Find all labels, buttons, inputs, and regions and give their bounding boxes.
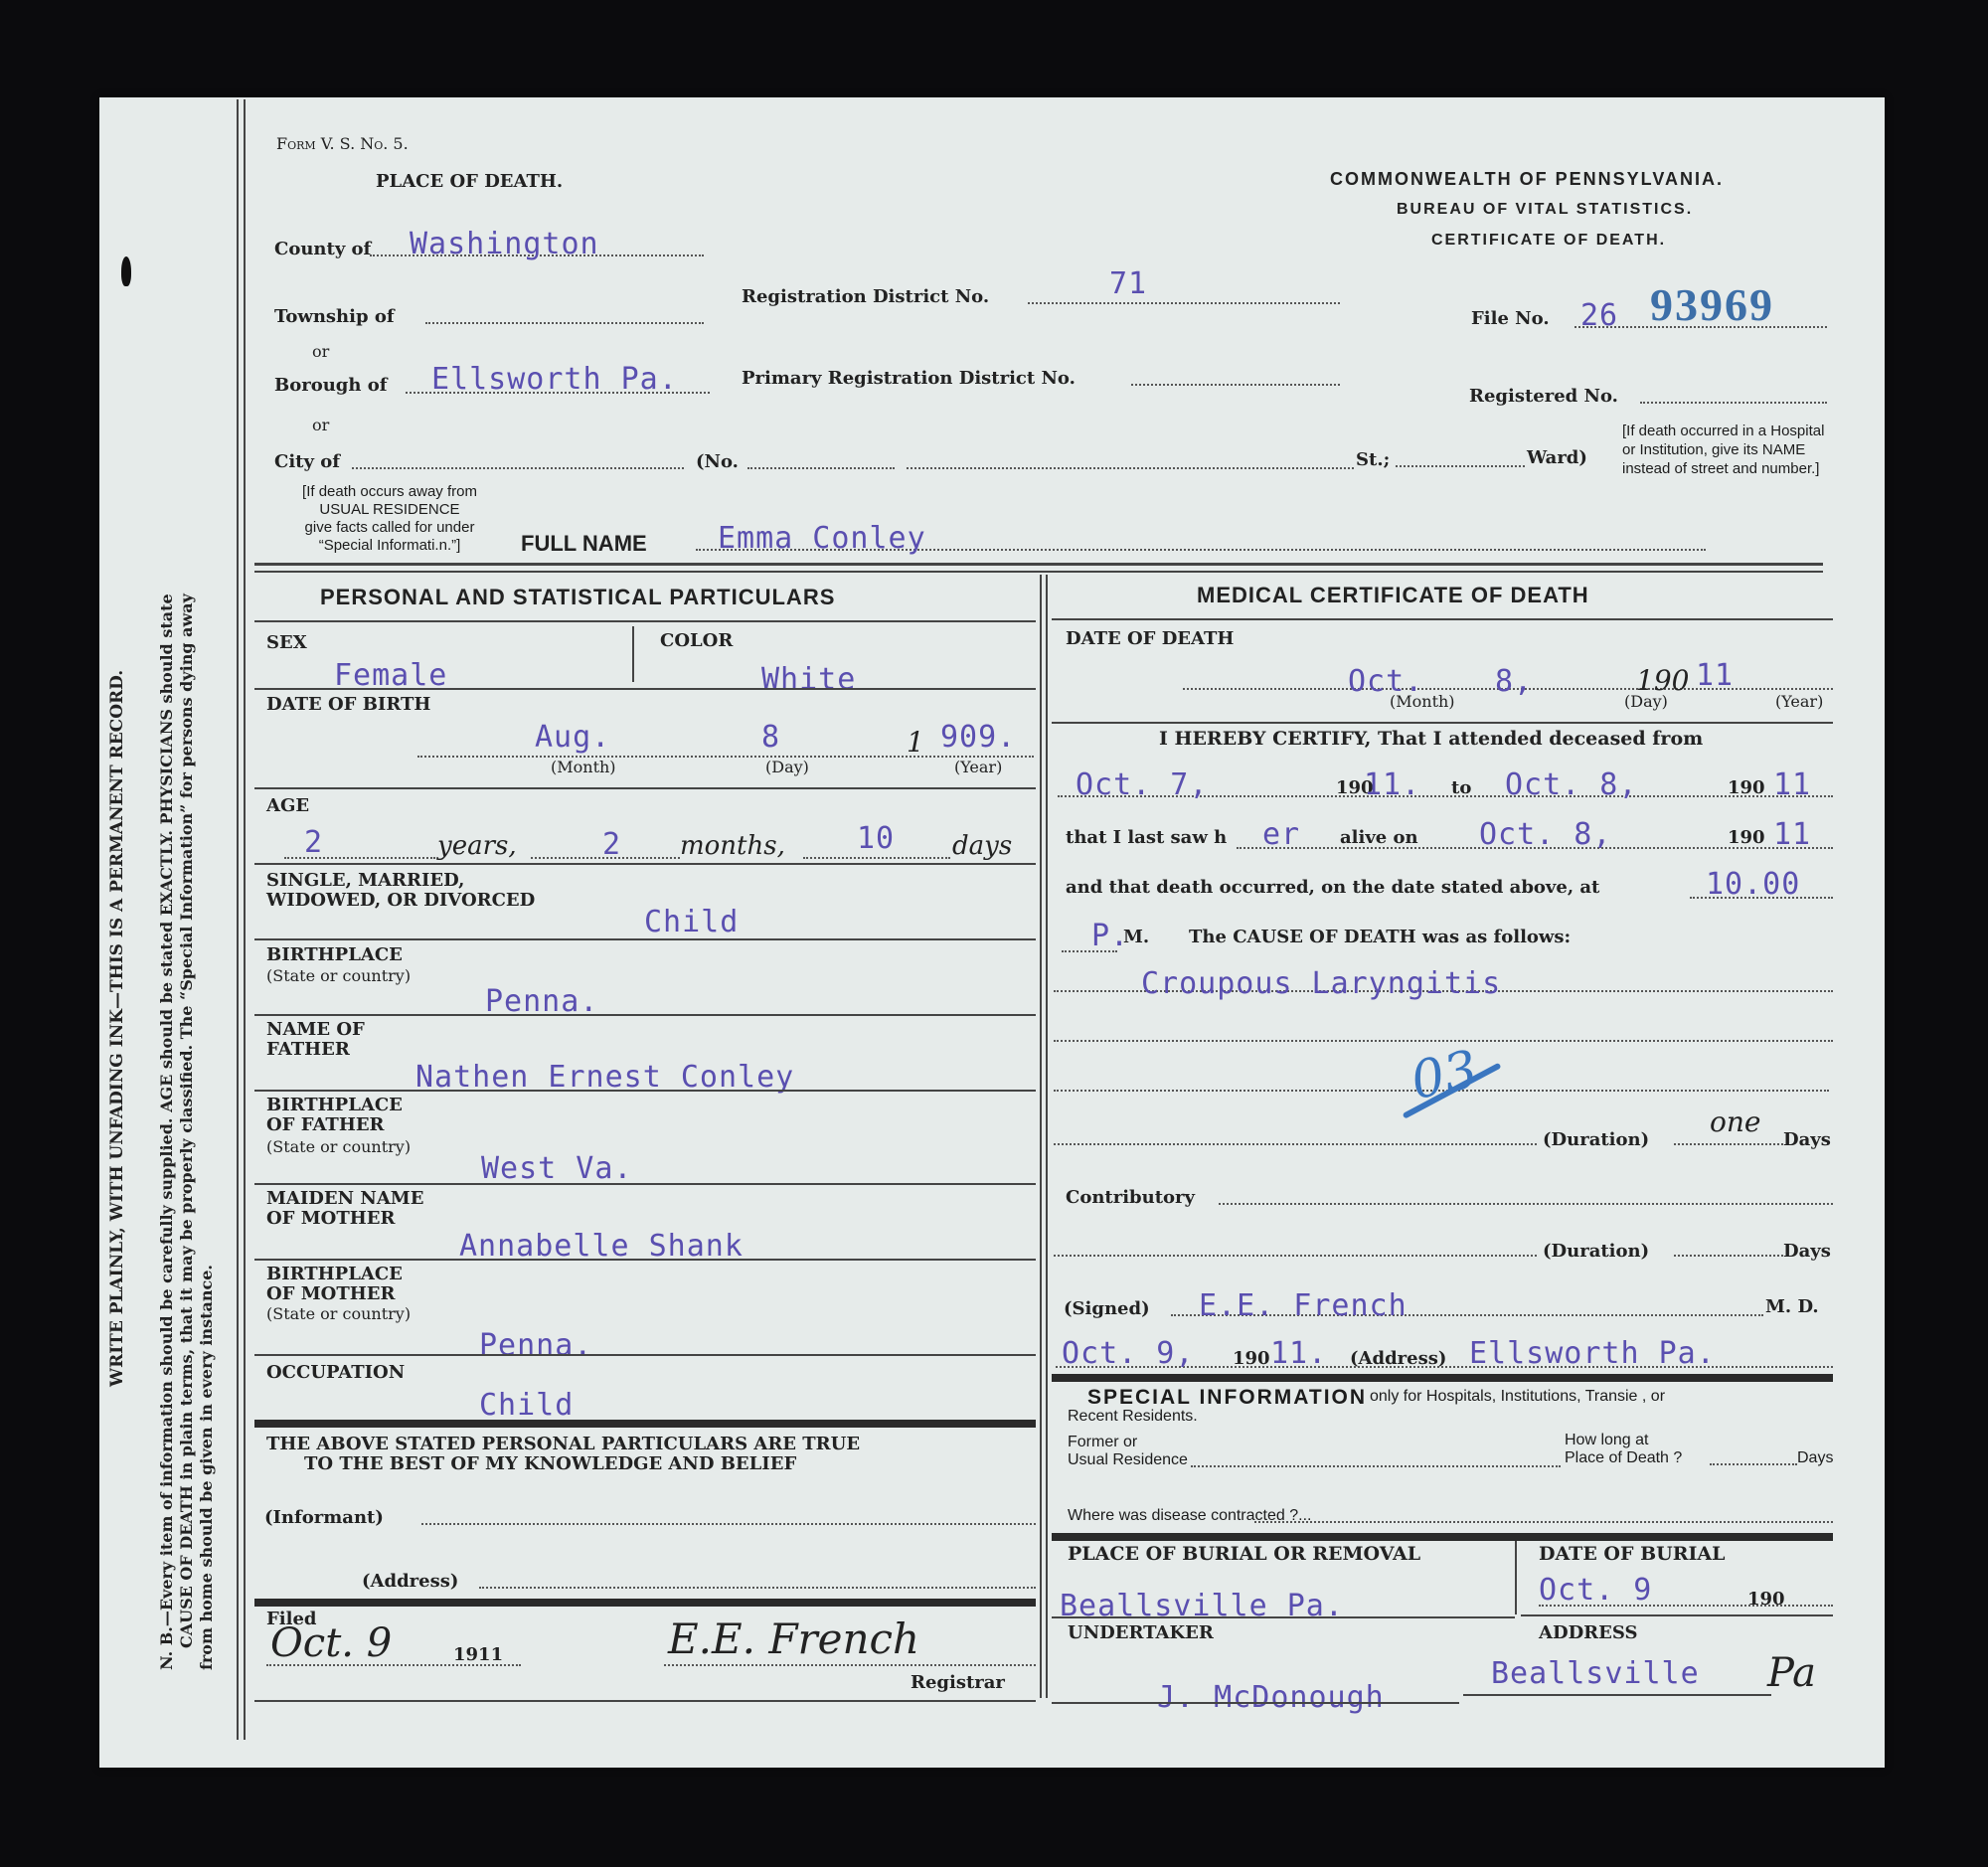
mother-birthplace-value[interactable]: Penna. — [479, 1328, 592, 1363]
signed-label: (Signed) — [1064, 1298, 1150, 1319]
undertaker-label: UNDERTAKER — [1068, 1622, 1214, 1643]
years-label: years, — [437, 831, 517, 861]
primary-district-label: Primary Registration District No. — [742, 368, 1076, 389]
death-time-label: and that death occurred, on the date sta… — [1066, 877, 1599, 898]
attended-from-date[interactable]: Oct. 7, — [1076, 767, 1208, 802]
undertaker-address-state[interactable]: Pa — [1767, 1650, 1816, 1696]
birthplace-label: BIRTHPLACE — [266, 944, 403, 965]
state-caption: (State or country) — [266, 1137, 411, 1156]
to-year-prefix: 190 — [1728, 777, 1765, 798]
personal-particulars-title: PERSONAL AND STATISTICAL PARTICULARS — [320, 585, 835, 610]
sign-year-prefix: 190 — [1233, 1348, 1270, 1369]
undertaker-name[interactable]: J. McDonough — [1157, 1680, 1385, 1715]
informant-label: (Informant) — [264, 1507, 384, 1528]
age-years[interactable]: 2 — [304, 825, 323, 860]
burial-date-label: DATE OF BURIAL — [1539, 1543, 1725, 1565]
dob-day[interactable]: 8 — [761, 720, 780, 755]
informant-address-label: (Address) — [362, 1571, 458, 1592]
occupation-label: OCCUPATION — [266, 1362, 405, 1383]
day-caption: (Day) — [765, 758, 809, 776]
physician-name[interactable]: E.E. French — [1199, 1288, 1408, 1323]
duration-label: (Duration) — [1543, 1241, 1649, 1262]
physician-address-label: (Address) — [1350, 1348, 1446, 1369]
alive-on-label: alive on — [1340, 827, 1418, 848]
side-note-line3: from home should be given in every insta… — [197, 1265, 216, 1670]
informant-address-field[interactable] — [479, 1587, 1036, 1589]
certify-text: I HEREBY CERTIFY, That I attended deceas… — [1159, 728, 1703, 750]
form-number: Form V. S. No. 5. — [276, 134, 409, 153]
mother-maiden-name-label: MAIDEN NAMEOF MOTHER — [266, 1189, 423, 1229]
age-label: AGE — [266, 795, 309, 816]
state-caption: (State or country) — [266, 1304, 411, 1323]
days-label: Days — [1783, 1241, 1831, 1262]
father-birthplace-label: BIRTHPLACEOF FATHER — [266, 1096, 403, 1135]
township-label: Township of — [274, 306, 395, 327]
burial-year-prefix: 190 — [1747, 1589, 1785, 1610]
punch-hole — [121, 256, 131, 286]
full-name-value[interactable]: Emma Conley — [718, 521, 926, 556]
month-caption: (Month) — [551, 758, 616, 776]
medical-certificate-title: MEDICAL CERTIFICATE OF DEATH — [1197, 583, 1589, 608]
borough-label: Borough of — [274, 375, 387, 396]
ward-label: Ward) — [1527, 447, 1587, 468]
father-birthplace-value[interactable]: West Va. — [481, 1151, 633, 1186]
or-text: or — [312, 342, 329, 361]
registration-district-value[interactable]: 71 — [1109, 266, 1147, 301]
how-long-field[interactable] — [1710, 1463, 1797, 1465]
how-long-label: How long at — [1565, 1432, 1649, 1449]
file-prefix[interactable]: 26 — [1580, 298, 1618, 333]
street-label: St.; — [1356, 449, 1390, 470]
registrar-label: Registrar — [911, 1672, 1005, 1693]
usual-residence-label: Usual Residence — [1068, 1451, 1188, 1469]
dob-year[interactable]: 909. — [940, 720, 1016, 755]
meridiem-label: M. — [1123, 927, 1149, 947]
column-divider — [1040, 575, 1042, 1698]
special-information-subtitle-2: Recent Residents. — [1068, 1408, 1198, 1426]
death-time[interactable]: 10.00 — [1706, 867, 1800, 902]
margin-rule — [244, 99, 246, 1740]
duration-label: (Duration) — [1543, 1129, 1649, 1150]
dod-year[interactable]: 11 — [1696, 658, 1734, 693]
attestation-line1: THE ABOVE STATED PERSONAL PARTICULARS AR… — [266, 1434, 860, 1454]
registered-number-label: Registered No. — [1469, 386, 1618, 407]
or-text: or — [312, 416, 329, 434]
filed-year: 1911 — [453, 1644, 503, 1665]
county-label: County of — [274, 239, 371, 259]
date-of-death-label: DATE OF DEATH — [1066, 628, 1234, 649]
attended-to-year[interactable]: 11 — [1773, 767, 1811, 802]
duration-value[interactable]: one — [1710, 1105, 1760, 1138]
state-caption: (State or country) — [266, 966, 411, 985]
days-label: days — [952, 831, 1012, 861]
file-number-label: File No. — [1471, 308, 1550, 329]
attestation-line2: TO THE BEST OF MY KNOWLEDGE AND BELIEF — [304, 1453, 796, 1474]
days-label: Days — [1783, 1129, 1831, 1150]
undertaker-address[interactable]: Beallsville — [1491, 1656, 1700, 1691]
side-note-line1: N. B.—Every item of information should b… — [157, 594, 176, 1670]
filed-date[interactable]: Oct. 9 — [270, 1620, 392, 1666]
last-saw-label: that I last saw h — [1066, 827, 1227, 848]
side-note-ink: WRITE PLAINLY, WITH UNFADING INK—THIS IS… — [107, 670, 127, 1387]
full-name-label: FULL NAME — [521, 531, 647, 557]
usual-residence-field[interactable] — [1191, 1465, 1561, 1467]
last-saw-pronoun[interactable]: er — [1262, 817, 1300, 852]
attended-from-year[interactable]: 11. — [1364, 767, 1420, 802]
year-caption: (Year) — [1775, 692, 1823, 711]
date-of-birth-label: DATE OF BIRTH — [266, 694, 430, 715]
commonwealth-title: COMMONWEALTH OF PENNSYLVANIA. — [1330, 169, 1724, 190]
place-of-death-title: PLACE OF DEATH. — [376, 171, 563, 192]
month-caption: (Month) — [1390, 692, 1455, 711]
side-note-line2: CAUSE OF DEATH in plain terms, that it m… — [177, 594, 196, 1648]
to-label: to — [1451, 777, 1471, 798]
hospital-note: [If death occurred in a Hospital or Inst… — [1622, 422, 1831, 478]
dod-day[interactable]: 8, — [1495, 664, 1533, 699]
alive-year-prefix: 190 — [1728, 827, 1765, 848]
informant-field[interactable] — [421, 1523, 1036, 1525]
age-days[interactable]: 10 — [857, 821, 895, 856]
age-months[interactable]: 2 — [602, 827, 621, 862]
burial-date-value[interactable]: Oct. 9 — [1539, 1573, 1652, 1608]
cause-of-death-label: The CAUSE OF DEATH was as follows: — [1189, 927, 1571, 947]
cause-of-death-value[interactable]: Croupous Laryngitis — [1141, 966, 1501, 1001]
day-caption: (Day) — [1624, 692, 1668, 711]
disease-contracted-field[interactable] — [1254, 1521, 1833, 1523]
attended-to-date[interactable]: Oct. 8, — [1505, 767, 1637, 802]
last-alive-date[interactable]: Oct. 8, — [1479, 817, 1611, 852]
usual-residence-note: [If death occurs away from USUAL RESIDEN… — [270, 483, 509, 555]
certificate-date[interactable]: Oct. 9, — [1062, 1336, 1194, 1371]
registration-district-label: Registration District No. — [742, 286, 989, 307]
contributory-field[interactable] — [1219, 1203, 1833, 1205]
color-value[interactable]: White — [761, 662, 856, 697]
occupation-value[interactable]: Child — [479, 1388, 574, 1423]
last-alive-year[interactable]: 11 — [1773, 817, 1811, 852]
bureau-title: BUREAU OF VITAL STATISTICS. — [1397, 201, 1693, 219]
contributory-label: Contributory — [1066, 1187, 1195, 1208]
special-information-title: SPECIAL INFORMATION — [1087, 1386, 1367, 1410]
margin-rule — [237, 99, 239, 1740]
undertaker-address-label: ADDRESS — [1539, 1622, 1637, 1643]
street-number-label: (No. — [696, 451, 739, 472]
color-label: COLOR — [660, 630, 733, 651]
dob-year-prefix: 1 — [907, 726, 924, 759]
file-number-stamp[interactable]: 93969 — [1650, 278, 1774, 331]
special-information-subtitle: only for Hospitals, Institutions, Transi… — [1370, 1388, 1665, 1406]
place-of-death-duration-label: Place of Death ? — [1565, 1449, 1682, 1467]
father-name-label: NAME OFFATHER — [266, 1020, 365, 1060]
months-label: months, — [680, 831, 785, 861]
md-label: M. D. — [1765, 1296, 1819, 1317]
mother-birthplace-label: BIRTHPLACEOF MOTHER — [266, 1265, 403, 1304]
dob-month[interactable]: Aug. — [535, 720, 610, 755]
certificate-title: CERTIFICATE OF DEATH. — [1431, 232, 1666, 250]
year-caption: (Year) — [954, 758, 1002, 776]
county-value[interactable]: Washington — [410, 227, 599, 261]
physician-address[interactable]: Ellsworth Pa. — [1469, 1336, 1716, 1371]
certificate-year[interactable]: 11. — [1270, 1336, 1327, 1371]
marital-status-value[interactable]: Child — [644, 905, 739, 939]
burial-place-label: PLACE OF BURIAL OR REMOVAL — [1068, 1543, 1420, 1565]
former-residence-label: Former or — [1068, 1434, 1137, 1451]
borough-value[interactable]: Ellsworth Pa. — [431, 362, 678, 397]
city-label: City of — [274, 451, 340, 472]
registrar-signature[interactable]: E.E. French — [668, 1614, 919, 1663]
days-label: Days — [1797, 1449, 1833, 1467]
marital-status-label: SINGLE, MARRIED,WIDOWED, OR DIVORCED — [266, 871, 535, 911]
sex-label: SEX — [266, 632, 307, 653]
